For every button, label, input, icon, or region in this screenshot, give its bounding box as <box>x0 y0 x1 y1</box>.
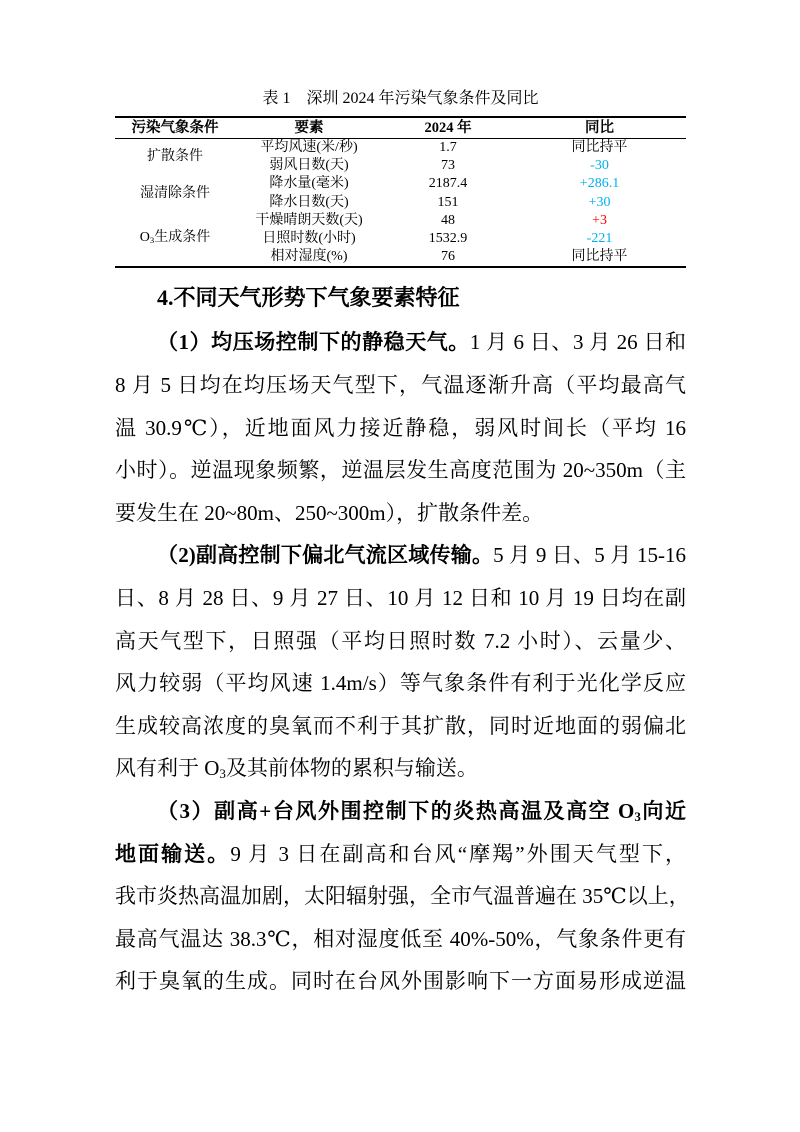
text-segment: O <box>140 230 150 245</box>
table-header: 污染气象条件 要素 2024 年 同比 <box>115 117 686 139</box>
factor-cell: 降水量(毫米) <box>235 175 383 193</box>
factor-cell: 干燥晴朗天数(天) <box>235 212 383 230</box>
text-line: （3）副高+台风外围控制下的炎热高温及高空 O3向近 <box>115 790 686 833</box>
text-segment: 生成较高浓度的臭氧而不利于其扩散，同时近地面的弱偏北 <box>115 714 686 738</box>
yoy-cell: 同比持平 <box>513 139 686 158</box>
text-line: 小时）。逆温现象频繁，逆温层发生高度范围为 20~350m（主 <box>115 449 686 492</box>
text-line: 利于臭氧的生成。同时在台风外围影响下一方面易形成逆温 <box>115 960 686 1003</box>
text-line: 风力较弱（平均风速 1.4m/s）等气象条件有利于光化学反应 <box>115 662 686 705</box>
text-line: 高天气型下，日照强（平均日照时数 7.2 小时）、云量少、 <box>115 620 686 663</box>
text-segment: 扩散条件 <box>147 149 203 164</box>
text-line: 要发生在 20~80m、250~300m），扩散条件差。 <box>115 492 686 535</box>
text-segment: 小时）。逆温现象频繁，逆温层发生高度范围为 20~350m（主 <box>115 458 686 482</box>
yoy-cell: -221 <box>513 230 686 248</box>
text-segment: 高天气型下，日照强（平均日照时数 7.2 小时）、云量少、 <box>115 629 686 653</box>
text-line: 我市炎热高温加剧，太阳辐射强，全市气温普遍在 35℃以上， <box>115 875 686 918</box>
yoy-cell: -30 <box>513 157 686 175</box>
yoy-cell: 同比持平 <box>513 248 686 267</box>
text-line: （1）均压场控制下的静稳天气。1 月 6 日、3 月 26 日和 <box>115 321 686 364</box>
text-segment: 要发生在 20~80m、250~300m），扩散条件差。 <box>115 501 543 525</box>
text-segment: 向近 <box>641 799 686 823</box>
table-caption: 表 1 深圳 2024 年污染气象条件及同比 <box>115 88 686 110</box>
yoy-cell: +286.1 <box>513 175 686 193</box>
text-segment: （2)副高控制下偏北气流区域传输。 <box>157 543 493 567</box>
text-segment: 9 月 3 日在副高和台风“摩羯”外围天气型下， <box>230 842 686 866</box>
condition-group-cell: 湿清除条件 <box>115 175 235 211</box>
text-segment: 利于臭氧的生成。同时在台风外围影响下一方面易形成逆温 <box>115 969 686 993</box>
pollution-weather-table: 污染气象条件 要素 2024 年 同比 扩散条件平均风速(米/秒)1.7同比持平… <box>115 116 686 268</box>
value-cell: 2187.4 <box>383 175 513 193</box>
text-segment: 风力较弱（平均风速 1.4m/s）等气象条件有利于光化学反应 <box>115 671 686 695</box>
text-line: 8 月 5 日均在均压场天气型下，气温逐渐升高（平均最高气 <box>115 364 686 407</box>
condition-group-cell: O3生成条件 <box>115 212 235 268</box>
paragraph: （3）副高+台风外围控制下的炎热高温及高空 O3向近地面输送。9 月 3 日在副… <box>115 790 686 1003</box>
table-row: 湿清除条件降水量(毫米)2187.4+286.1 <box>115 175 686 193</box>
value-cell: 73 <box>383 157 513 175</box>
text-segment: 1 月 6 日、3 月 26 日和 <box>470 330 686 354</box>
text-segment: 及其前体物的累积与输送。 <box>226 756 478 780</box>
text-segment: （1）均压场控制下的静稳天气。 <box>157 330 470 354</box>
factor-cell: 相对湿度(%) <box>235 248 383 267</box>
factor-cell: 弱风日数(天) <box>235 157 383 175</box>
text-segment: 8 月 5 日均在均压场天气型下，气温逐渐升高（平均最高气 <box>115 373 686 397</box>
text-segment: 风有利于 O <box>115 756 219 780</box>
text-segment: 湿清除条件 <box>140 186 210 201</box>
table-body: 扩散条件平均风速(米/秒)1.7同比持平弱风日数(天)73-30湿清除条件降水量… <box>115 139 686 268</box>
factor-cell: 降水日数(天) <box>235 194 383 212</box>
paragraphs: （1）均压场控制下的静稳天气。1 月 6 日、3 月 26 日和8 月 5 日均… <box>115 321 686 1003</box>
text-line: 最高气温达 38.3℃，相对湿度低至 40%-50%，气象条件更有 <box>115 918 686 961</box>
table-row: 扩散条件平均风速(米/秒)1.7同比持平 <box>115 139 686 158</box>
col-header-factor: 要素 <box>235 117 383 139</box>
text-segment: 生成条件 <box>154 230 210 245</box>
value-cell: 1.7 <box>383 139 513 158</box>
table-row: O3生成条件干燥晴朗天数(天)48+3 <box>115 212 686 230</box>
col-header-yoy: 同比 <box>513 117 686 139</box>
value-cell: 1532.9 <box>383 230 513 248</box>
paragraph: （2)副高控制下偏北气流区域传输。5 月 9 日、5 月 15-16日、8 月 … <box>115 534 686 790</box>
value-cell: 76 <box>383 248 513 267</box>
text-line: 生成较高浓度的臭氧而不利于其扩散，同时近地面的弱偏北 <box>115 705 686 748</box>
yoy-cell: +3 <box>513 212 686 230</box>
factor-cell: 平均风速(米/秒) <box>235 139 383 158</box>
value-cell: 48 <box>383 212 513 230</box>
text-segment: 我市炎热高温加剧，太阳辐射强，全市气温普遍在 35℃以上， <box>115 884 690 908</box>
condition-group-cell: 扩散条件 <box>115 139 235 176</box>
text-line: （2)副高控制下偏北气流区域传输。5 月 9 日、5 月 15-16 <box>115 534 686 577</box>
col-header-condition: 污染气象条件 <box>115 117 235 139</box>
value-cell: 151 <box>383 194 513 212</box>
text-segment: 日、8 月 28 日、9 月 27 日、10 月 12 日和 10 月 19 日… <box>115 586 686 610</box>
text-segment: 最高气温达 38.3℃，相对湿度低至 40%-50%，气象条件更有 <box>115 927 686 951</box>
yoy-cell: +30 <box>513 194 686 212</box>
text-segment: （3）副高+台风外围控制下的炎热高温及高空 O <box>157 799 634 823</box>
table-header-row: 污染气象条件 要素 2024 年 同比 <box>115 117 686 139</box>
col-header-year: 2024 年 <box>383 117 513 139</box>
text-segment: 温 30.9℃），近地面风力接近静稳，弱风时间长（平均 16 <box>115 416 686 440</box>
paragraph: （1）均压场控制下的静稳天气。1 月 6 日、3 月 26 日和8 月 5 日均… <box>115 321 686 534</box>
text-line: 风有利于 O3及其前体物的累积与输送。 <box>115 747 686 790</box>
section-heading: 4.不同天气形势下气象要素特征 <box>115 283 686 313</box>
text-segment: 地面输送。 <box>115 842 230 866</box>
text-line: 日、8 月 28 日、9 月 27 日、10 月 12 日和 10 月 19 日… <box>115 577 686 620</box>
text-line: 地面输送。9 月 3 日在副高和台风“摩羯”外围天气型下， <box>115 833 686 876</box>
text-line: 温 30.9℃），近地面风力接近静稳，弱风时间长（平均 16 <box>115 407 686 450</box>
factor-cell: 日照时数(小时) <box>235 230 383 248</box>
text-segment: 5 月 9 日、5 月 15-16 <box>493 543 686 567</box>
document-page: 表 1 深圳 2024 年污染气象条件及同比 污染气象条件 要素 2024 年 … <box>115 0 686 1003</box>
